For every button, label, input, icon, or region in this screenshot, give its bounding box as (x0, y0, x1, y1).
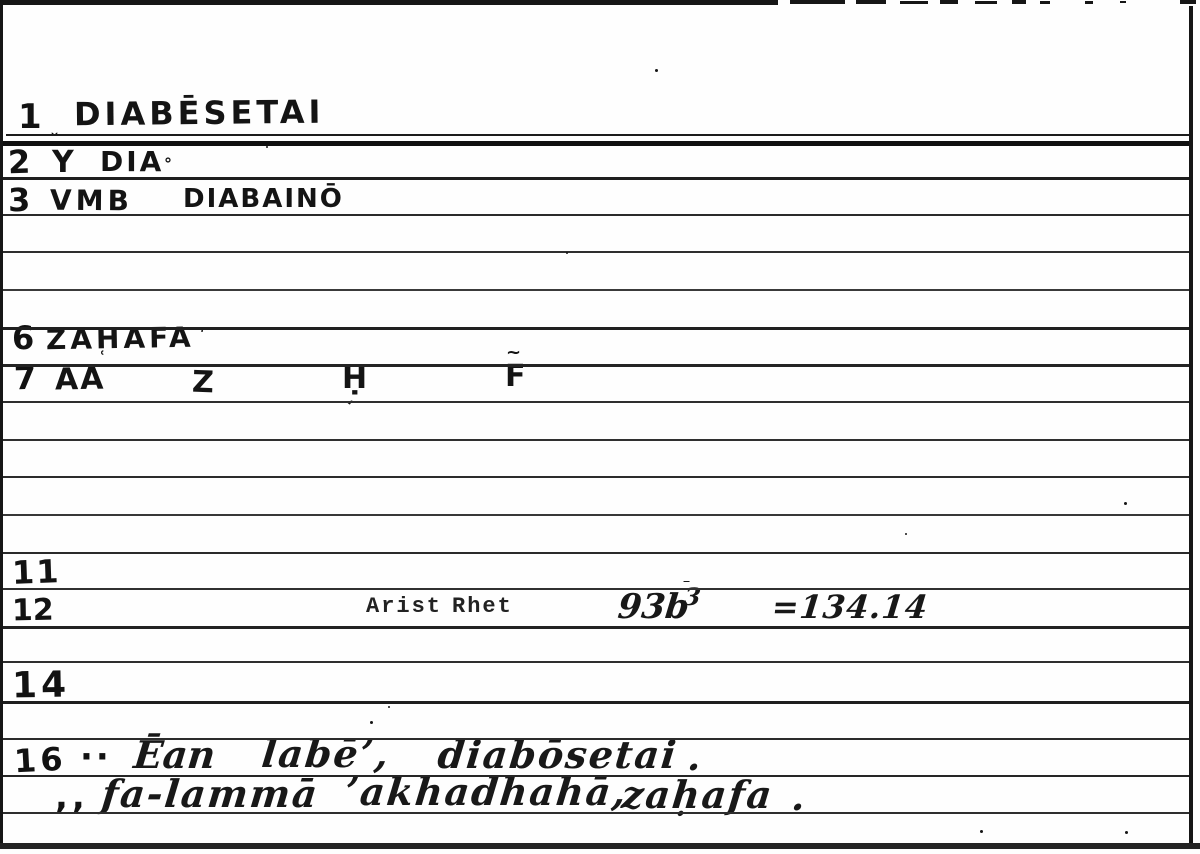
entry-1-number: 1 (18, 100, 42, 134)
top-edge-dash (900, 1, 928, 4)
citation-author: Arist (366, 596, 442, 618)
entry-7-letter-h-dotted: Ḥ (342, 364, 367, 394)
ink-speck (980, 830, 983, 833)
entry-6-tick-mark: ʹ (200, 328, 205, 344)
ruled-line (0, 738, 1189, 740)
top-edge-dash (1180, 0, 1196, 4)
entry-7-letters-aa: AA (55, 365, 106, 396)
index-card-scan: 1 DIABĒSETAI 2 Y ˇ DIA ∘ 3 VMB DIABAINŌ … (0, 0, 1200, 854)
citation-work: Rhet (452, 596, 513, 618)
ruled-line (0, 364, 1189, 367)
entry-17-period: . (790, 778, 807, 816)
entry-3-word: DIABAINŌ (183, 186, 344, 212)
entry-2-number: 2 (7, 146, 30, 179)
entry-16-word-labe: labēʼ, (260, 735, 392, 773)
citation-locus-overbar-mark: ‾ (682, 580, 689, 592)
ink-speck (370, 721, 373, 724)
entry-16-period: . (686, 738, 703, 776)
entry-16-number: 16 (13, 743, 67, 778)
entry-17-word-falamma: fa-lammā (100, 775, 321, 813)
ruled-line (0, 177, 1189, 180)
ruled-line (0, 514, 1189, 516)
ruled-line (0, 812, 1189, 814)
entry-16-ditto-dots: ·· (80, 740, 112, 774)
ink-speck (388, 706, 390, 708)
ruled-line (0, 141, 1189, 146)
entry-17-ditto-commas: ,, (55, 780, 89, 814)
ink-speck (1125, 831, 1128, 834)
top-edge-dash (1120, 1, 1126, 3)
ink-speck (266, 146, 268, 148)
entry-2-abbr: Y (52, 148, 74, 178)
entry-2-ring-mark: ∘ (163, 152, 173, 168)
card-border-left (0, 0, 3, 848)
entry-3-abbr: VMB (50, 187, 133, 216)
entry-7-over-f-mark: ~ (506, 344, 521, 362)
ruled-line (0, 626, 1189, 629)
ink-speck (1124, 502, 1127, 505)
entry-11-number: 11 (11, 555, 61, 589)
entry-7-letter-z: Z (191, 368, 214, 399)
ink-speck (566, 252, 568, 254)
top-edge-dash (790, 0, 845, 4)
ruled-line (0, 661, 1189, 663)
ruled-line (0, 214, 1189, 216)
entry-2-word: DIA (100, 148, 164, 176)
citation-locus: 93b (616, 590, 691, 624)
entry-3-number: 3 (8, 184, 31, 216)
ruled-line (0, 701, 1189, 704)
entry-1-headword: DIABĒSETAI (74, 96, 325, 131)
ruled-line (0, 401, 1189, 403)
ruled-line (0, 476, 1189, 478)
ruled-line (0, 327, 1189, 330)
ink-speck (655, 69, 658, 72)
ruled-line (0, 775, 1189, 777)
top-edge-dash (975, 1, 997, 4)
card-border-bottom (0, 843, 1200, 849)
entry-17-word-akhadhaha: ʼakhadhahā, (343, 773, 630, 811)
entry-16-word-ean: Ēan (132, 736, 217, 774)
ink-speck (905, 533, 907, 535)
top-edge-dash (1085, 1, 1093, 4)
citation-equivalence: =134.14 (770, 591, 930, 623)
ruled-line (0, 552, 1189, 554)
top-edge-dash (856, 0, 886, 4)
entry-14-number: 14 (12, 667, 71, 704)
ruled-line (0, 251, 1189, 253)
ruled-line (6, 134, 1189, 136)
ruled-line (0, 588, 1189, 590)
top-edge-dash (940, 0, 958, 4)
top-edge-dash (1040, 1, 1050, 4)
entry-17-word-zahafa: zaḥafa (620, 776, 775, 814)
card-border-right (1189, 6, 1193, 846)
top-edge-dash (0, 0, 778, 5)
ruled-line (0, 439, 1189, 441)
ruled-line (0, 289, 1189, 291)
entry-12-number: 12 (12, 596, 54, 627)
top-edge-dash (1012, 0, 1026, 4)
